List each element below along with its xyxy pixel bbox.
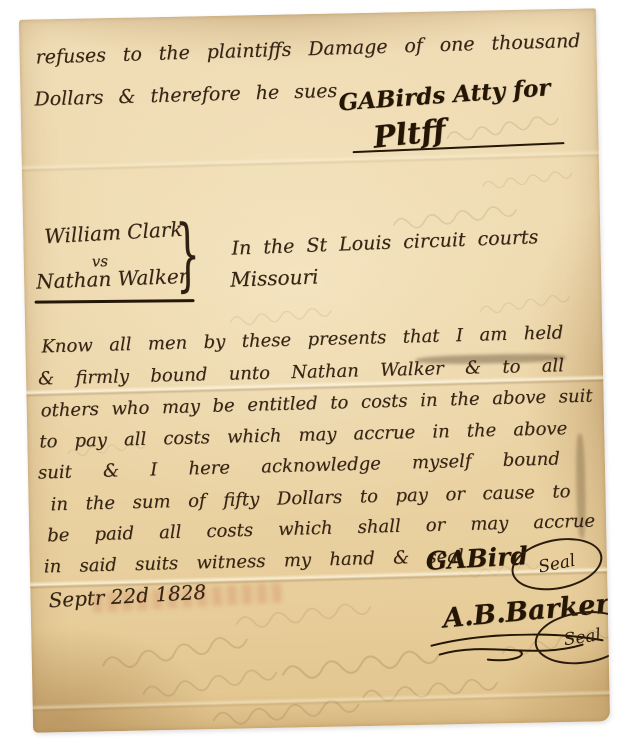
paper-sheet: refuses to the plaintiffs Damage of one … [19, 8, 610, 732]
body-line-5: suit & I here acknowledge myself bound [38, 448, 560, 484]
seal-label: Seal [563, 625, 603, 650]
defendant-underline [35, 299, 195, 304]
body-line-4: to pay all costs which may accrue in the… [39, 418, 567, 453]
attorney-signature: GABirds Atty for [338, 74, 552, 117]
fragment-line-2: Dollars & therefore he sues [34, 80, 337, 112]
court-name-line: In the St Louis circuit courts [231, 226, 539, 260]
court-state-line: Missouri [230, 264, 319, 291]
fragment-line-1: refuses to the plaintiffs Damage of one … [35, 30, 580, 69]
crease-line [19, 149, 607, 173]
date-line: Septr 22d 1828 [48, 580, 207, 613]
plaintiff-name: William Clark [44, 217, 183, 249]
body-line-8: in said suits witness my hand & seal [44, 546, 464, 578]
body-line-3: others who may be entitled to costs in t… [40, 386, 592, 423]
seal-label: Seal [537, 551, 577, 578]
body-line-2: & firmly bound unto Nathan Walker & to a… [38, 355, 564, 390]
crease-line [25, 689, 610, 713]
scanned-document: refuses to the plaintiffs Damage of one … [0, 0, 640, 748]
body-line-1: Know all men by these presents that I am… [41, 322, 563, 358]
defendant-name: Nathan Walker [36, 264, 189, 294]
body-line-6: in the sum of fifty Dollars to pay or ca… [50, 481, 570, 516]
caption-brace: } [175, 214, 201, 294]
